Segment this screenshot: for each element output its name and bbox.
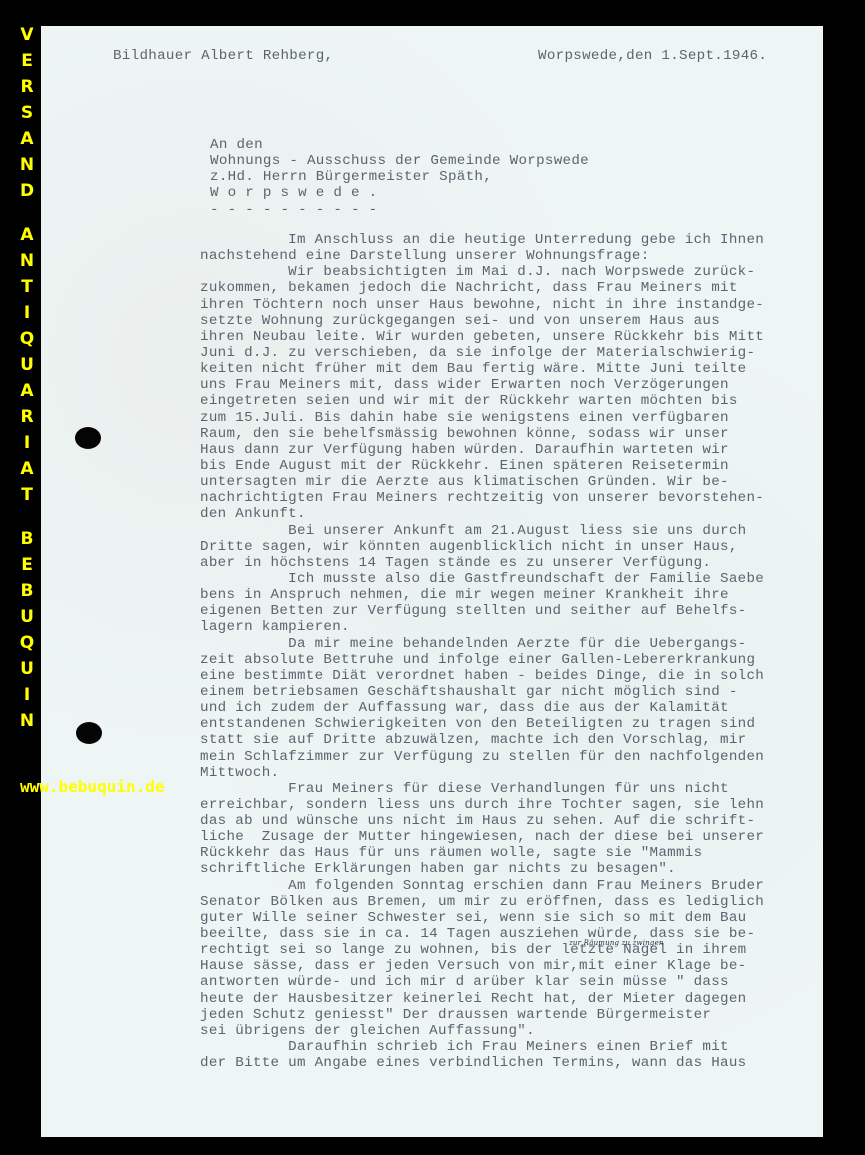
- body-line: aber in höchstens 14 Tagen stände es zu …: [200, 555, 764, 571]
- body-line: rechtigt sei so lange zu wohnen, bis der…: [200, 942, 764, 958]
- body-line: ihren Töchtern noch unser Haus bewohne, …: [200, 297, 764, 313]
- body-line: zukommen, bekamen jedoch die Nachricht, …: [200, 280, 764, 296]
- body-line: Frau Meiners für diese Verhandlungen für…: [200, 781, 764, 797]
- address-line: An den: [210, 137, 589, 153]
- body-line: der Bitte um Angabe eines verbindlichen …: [200, 1055, 764, 1071]
- watermark-letter: T: [21, 274, 33, 300]
- watermark-letter: A: [20, 126, 33, 152]
- body-line: zum 15.Juli. Bis dahin habe sie wenigste…: [200, 410, 764, 426]
- body-line: Bei unserer Ankunft am 21.August liess s…: [200, 523, 764, 539]
- body-line: das ab und wünsche uns nicht im Haus zu …: [200, 813, 764, 829]
- recipient-address: An denWohnungs - Ausschuss der Gemeinde …: [210, 137, 589, 218]
- punch-hole-top: [75, 427, 101, 449]
- body-line: Dritte sagen, wir könnten augenblicklich…: [200, 539, 764, 555]
- sender-name: Bildhauer Albert Rehberg,: [113, 48, 333, 64]
- body-line: bens in Anspruch nehmen, die mir wegen m…: [200, 587, 764, 603]
- body-line: den Ankunft.: [200, 506, 764, 522]
- body-line: statt sie auf Dritte abzuwälzen, machte …: [200, 732, 764, 748]
- body-line: und ich zudem der Auffassung war, dass d…: [200, 700, 764, 716]
- body-line: Daraufhin schrieb ich Frau Meiners einen…: [200, 1039, 764, 1055]
- watermark-letter: S: [21, 100, 33, 126]
- body-line: Raum, den sie behelfsmässig bewohnen kön…: [200, 426, 764, 442]
- body-line: Da mir meine behandelnden Aerzte für die…: [200, 636, 764, 652]
- address-line: - - - - - - - - - -: [210, 202, 589, 218]
- body-line: erreichbar, sondern liess uns durch ihre…: [200, 797, 764, 813]
- watermark-letter: U: [20, 604, 34, 630]
- body-line: liche Zusage der Mutter hingewiesen, nac…: [200, 829, 764, 845]
- body-line: guter Wille seiner Schwester sei, wenn s…: [200, 910, 764, 926]
- body-line: beeilte, dass sie in ca. 14 Tagen auszie…: [200, 926, 764, 942]
- body-line: setzte Wohnung zurückgegangen sei- und v…: [200, 313, 764, 329]
- letter-body: Im Anschluss an die heutige Unterredung …: [200, 232, 764, 1071]
- watermark-letter: V: [20, 22, 33, 48]
- watermark-letter: N: [20, 248, 34, 274]
- body-line: einem betriebsamen Geschäftshaushalt gar…: [200, 684, 764, 700]
- body-line: Ich musste also die Gastfreundschaft der…: [200, 571, 764, 587]
- watermark-url: www.bebuquin.de: [20, 777, 165, 796]
- body-line: zeit absolute Bettruhe und infolge einer…: [200, 652, 764, 668]
- address-line: W o r p s w e d e .: [210, 185, 589, 201]
- body-line: entstandenen Schwierigkeiten von den Bet…: [200, 716, 764, 732]
- body-line: eine bestimmte Diät verordnet haben - be…: [200, 668, 764, 684]
- watermark-letter: N: [20, 152, 34, 178]
- watermark-letter: A: [20, 222, 33, 248]
- body-line: Im Anschluss an die heutige Unterredung …: [200, 232, 764, 248]
- body-line: uns Frau Meiners mit, dass wider Erwarte…: [200, 377, 764, 393]
- body-line: untersagten mir die Aerzte aus klimatisc…: [200, 474, 764, 490]
- body-line: heute der Hausbesitzer keinerlei Recht h…: [200, 991, 764, 1007]
- body-line: sei übrigens der gleichen Auffassung".: [200, 1023, 764, 1039]
- watermark-letter: R: [20, 404, 33, 430]
- watermark-letter: B: [21, 526, 34, 552]
- watermark-letter: U: [20, 656, 34, 682]
- body-line: Juni d.J. zu verschieben, da sie infolge…: [200, 345, 764, 361]
- body-line: antworten würde- und ich mir d arüber kl…: [200, 974, 764, 990]
- letter-page: Bildhauer Albert Rehberg, Worpswede,den …: [41, 26, 823, 1137]
- watermark-letter: I: [24, 430, 30, 456]
- watermark-letter: N: [20, 708, 34, 734]
- address-line: Wohnungs - Ausschuss der Gemeinde Worpsw…: [210, 153, 589, 169]
- body-line: bis Ende August mit der Rückkehr. Einen …: [200, 458, 764, 474]
- watermark-letter: D: [20, 178, 34, 204]
- watermark-letter: U: [20, 352, 34, 378]
- body-line: Wir beabsichtigten im Mai d.J. nach Worp…: [200, 264, 764, 280]
- place-date: Worpswede,den 1.Sept.1946.: [538, 48, 767, 64]
- watermark-letter: A: [20, 456, 33, 482]
- body-line: eingetreten seien und wir mit der Rückke…: [200, 393, 764, 409]
- body-line: ihren Neubau leite. Wir wurden gebeten, …: [200, 329, 764, 345]
- body-line: schriftliche Erklärungen haben gar nicht…: [200, 861, 764, 877]
- watermark-letter: E: [21, 552, 33, 578]
- watermark-letter: I: [24, 300, 30, 326]
- watermark-letter: I: [24, 682, 30, 708]
- handwritten-annotation: zur Räumung zu zwingen: [569, 939, 664, 947]
- body-line: Rückkehr das Haus für uns räumen wolle, …: [200, 845, 764, 861]
- watermark-letter: T: [21, 482, 33, 508]
- watermark-letter: B: [21, 578, 34, 604]
- body-line: mein Schlafzimmer zur Verfügung zu stell…: [200, 749, 764, 765]
- body-line: Senator Bölken aus Bremen, um mir zu erö…: [200, 894, 764, 910]
- body-line: lagern kampieren.: [200, 619, 764, 635]
- address-line: z.Hd. Herrn Bürgermeister Späth,: [210, 169, 589, 185]
- body-line: nachrichtigten Frau Meiners rechtzeitig …: [200, 490, 764, 506]
- body-line: Am folgenden Sonntag erschien dann Frau …: [200, 878, 764, 894]
- body-line: keiten nicht früher mit dem Bau fertig w…: [200, 361, 764, 377]
- body-line: Mittwoch.: [200, 765, 764, 781]
- watermark-letter: A: [20, 378, 33, 404]
- watermark-letter: E: [21, 48, 33, 74]
- body-line: eigenen Betten zur Verfügung stellten un…: [200, 603, 764, 619]
- body-line: Haus dann zur Verfügung haben würden. Da…: [200, 442, 764, 458]
- watermark-letter: Q: [20, 630, 34, 656]
- watermark-letter: Q: [20, 326, 34, 352]
- body-line: Hause sässe, dass er jeden Versuch von m…: [200, 958, 764, 974]
- body-line: jeden Schutz geniesst" Der draussen wart…: [200, 1007, 764, 1023]
- body-line: nachstehend eine Darstellung unserer Woh…: [200, 248, 764, 264]
- watermark-vertical-text: VERSANDANTIQUARIATBEBUQUIN: [17, 22, 37, 734]
- watermark-letter: R: [20, 74, 33, 100]
- punch-hole-bottom: [76, 722, 102, 744]
